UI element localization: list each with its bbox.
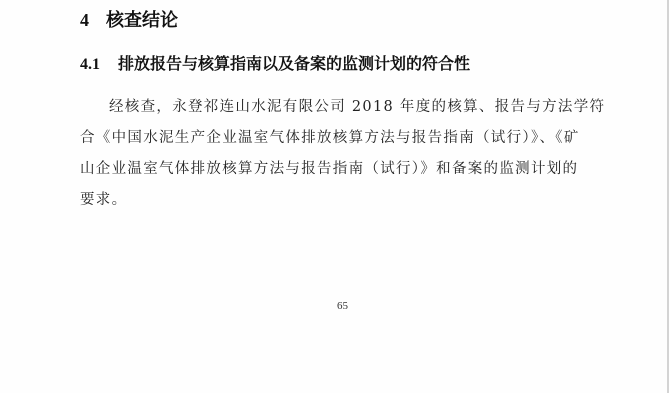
paragraph-line: 要求。 [80,185,590,216]
paragraph-line: 经核查，永登祁连山水泥有限公司 2018 年度的核算、报告与方法学符 [80,92,590,123]
subsection-number: 4.1 [80,54,118,76]
paragraph-line: 山企业温室气体排放核算方法与报告指南（试行）》和备案的监测计划的 [80,154,590,185]
section-heading: 4核查结论 [80,8,178,33]
document-page: 4核查结论 4.1排放报告与核算指南以及备案的监测计划的符合性 经核查，永登祁连… [0,0,667,393]
subsection-heading: 4.1排放报告与核算指南以及备案的监测计划的符合性 [80,53,470,76]
conclusion-paragraph: 经核查，永登祁连山水泥有限公司 2018 年度的核算、报告与方法学符 合《中国水… [80,92,590,216]
section-number: 4 [80,8,106,32]
paragraph-line: 合《中国水泥生产企业温室气体排放核算方法与报告指南（试行）》、《矿 [80,123,590,154]
page-number: 65 [337,300,348,312]
section-title: 核查结论 [106,10,178,31]
subsection-title: 排放报告与核算指南以及备案的监测计划的符合性 [118,54,470,73]
